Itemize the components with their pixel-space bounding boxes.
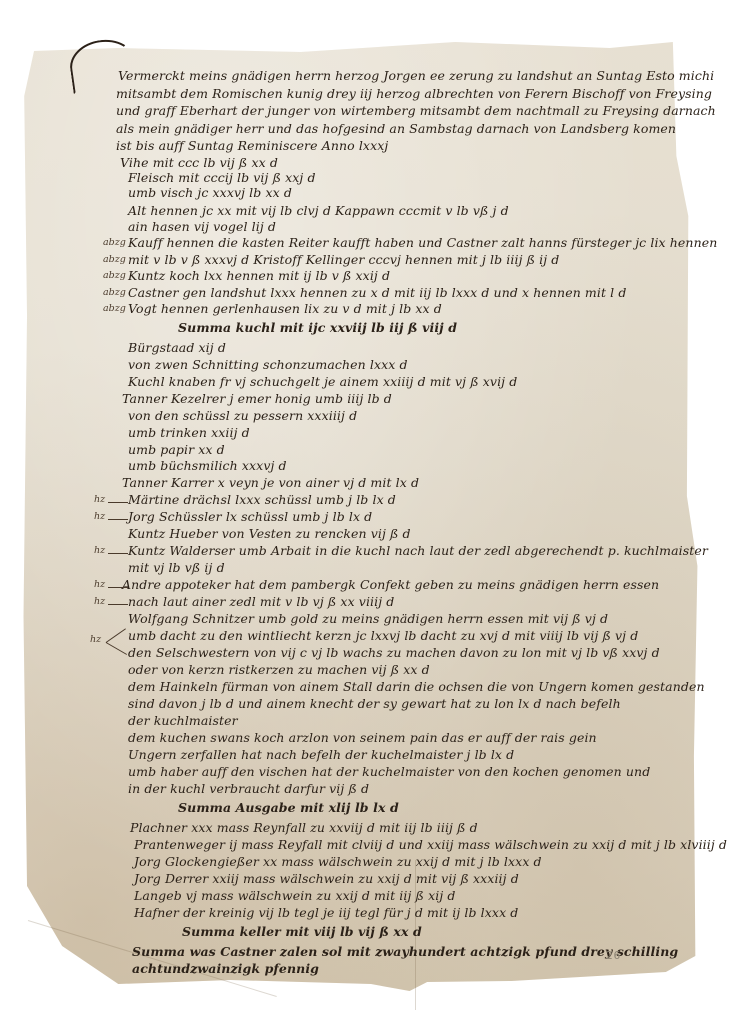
entry-line: sind davon j lb d und ainem knecht der s… xyxy=(128,696,621,712)
entry-line: Tanner Karrer x veyn je von ainer vj d m… xyxy=(122,475,419,491)
entry-line: Jorg Glockengießer xx mass wälschwein zu… xyxy=(134,854,542,870)
entry-line: Prantenweger ij mass Reyfall mit clviij … xyxy=(134,837,727,853)
sum-line: Summa Ausgabe mit xlij lb lx d xyxy=(178,800,399,816)
entry-line: Kuntz Walderser umb Arbait in die kuchl … xyxy=(128,543,708,559)
margin-note-hz: hz xyxy=(94,511,105,522)
entry-line: umb dacht zu den wintliecht kerzn jc lxx… xyxy=(128,628,638,644)
entry-line: nach laut ainer zedl mit v lb vj ß xx vi… xyxy=(128,594,394,610)
entry-line: umb visch jc xxxvj lb xx d xyxy=(128,185,292,201)
margin-note-abzg: abzg xyxy=(103,237,126,248)
entry-line: mit vj lb vß ij d xyxy=(128,560,225,576)
entry-line: umb papir xx d xyxy=(128,442,225,458)
entry-line: umb haber auff den vischen hat der kuche… xyxy=(128,764,650,780)
entry-line: Andre appoteker hat dem pambergk Confekt… xyxy=(122,577,659,593)
sum-line: Summa kuchl mit ijc xxviij lb iij ß viij… xyxy=(178,320,457,336)
entry-line: Tanner Kezelrer j emer honig umb iiij lb… xyxy=(122,391,392,407)
margin-note-hz: hz xyxy=(90,634,101,645)
manuscript-text: Vermerckt meins gnädigen herrn herzog Jo… xyxy=(0,0,738,1023)
margin-bracket-stroke xyxy=(108,519,128,520)
entry-line: Vogt hennen gerlenhausen lix zu v d mit … xyxy=(128,301,442,317)
entry-line: Ungern zerfallen hat nach befelh der kuc… xyxy=(128,747,514,763)
heading-line: mitsambt dem Romischen kunig drey iij he… xyxy=(116,86,712,102)
margin-bracket-stroke xyxy=(108,587,128,588)
margin-note-hz: hz xyxy=(94,494,105,505)
entry-line: Castner gen landshut lxxx hennen zu x d … xyxy=(128,285,626,301)
entry-line: Vihe mit ccc lb vij ß xx d xyxy=(120,155,278,171)
margin-note-abzg: abzg xyxy=(103,303,126,314)
margin-bracket-stroke xyxy=(108,604,128,605)
entry-line: oder von kerzn ristkerzen zu machen vij … xyxy=(128,662,430,678)
entry-line: Kuntz koch lxx hennen mit ij lb v ß xxij… xyxy=(128,268,390,284)
margin-note-hz: hz xyxy=(94,596,105,607)
margin-note-hz: hz xyxy=(94,579,105,590)
entry-line: Hafner der kreinig vij lb tegl je iij te… xyxy=(134,905,518,921)
heading-line: und graff Eberhart der junger von wirtem… xyxy=(116,103,716,119)
heading-line: als mein gnädiger herr und das hofgesind… xyxy=(116,121,676,137)
entry-line: umb büchsmilich xxxvj d xyxy=(128,458,287,474)
entry-line: der kuchlmaister xyxy=(128,713,238,729)
margin-note-hz: hz xyxy=(94,545,105,556)
sum-line: achtundzwainzigk pfennig xyxy=(132,961,319,977)
entry-line: Bürgstaad xij d xyxy=(128,340,226,356)
entry-line: von den schüssl zu pessern xxxiiij d xyxy=(128,408,357,424)
entry-line: Langeb vj mass wälschwein zu xxij d mit … xyxy=(134,888,455,904)
sum-line: Summa keller mit viij lb vij ß xx d xyxy=(182,924,422,940)
entry-line: Wolfgang Schnitzer umb gold zu meins gnä… xyxy=(128,611,608,627)
margin-bracket-stroke xyxy=(108,502,128,503)
entry-line: ain hasen vij vogel lij d xyxy=(128,219,276,235)
sum-line: Summa was Castner zalen sol mit zwayhund… xyxy=(132,944,678,960)
entry-line: in der kuchl verbraucht darfur vij ß d xyxy=(128,781,369,797)
entry-line: Jorg Derrer xxiij mass wälschwein zu xxi… xyxy=(134,871,519,887)
entry-line: mit v lb v ß xxxvj d Kristoff Kellinger … xyxy=(128,252,559,268)
entry-line: Kuntz Hueber von Vesten zu rencken vij ß… xyxy=(128,526,411,542)
margin-note-abzg: abzg xyxy=(103,254,126,265)
entry-line: Alt hennen jc xx mit vij lb clvj d Kappa… xyxy=(128,203,509,219)
entry-line: dem Hainkeln fürman von ainem Stall dari… xyxy=(128,679,705,695)
entry-line: dem kuchen swans koch arzlon von seinem … xyxy=(128,730,597,746)
entry-line: Fleisch mit cccij lb vij ß xxj d xyxy=(128,170,316,186)
heading-line: Vermerckt meins gnädigen herrn herzog Jo… xyxy=(118,68,714,84)
margin-bracket-stroke xyxy=(108,553,128,554)
entry-line: Plachner xxx mass Reynfall zu xxviij d m… xyxy=(130,820,478,836)
folio-number-stamp: 26 xyxy=(606,949,621,962)
margin-note-abzg: abzg xyxy=(103,287,126,298)
entry-line: Jorg Schüssler lx schüssl umb j lb lx d xyxy=(128,509,372,525)
entry-line: Märtine drächsl lxxx schüssl umb j lb lx… xyxy=(128,492,396,508)
entry-line: Kuchl knaben fr vj schuchgelt je ainem x… xyxy=(128,374,517,390)
heading-line: ist bis auff Suntag Reminiscere Anno lxx… xyxy=(116,138,388,154)
entry-line: den Selschwestern von vij c vj lb wachs … xyxy=(128,645,660,661)
entry-line: von zwen Schnitting schonzumachen lxxx d xyxy=(128,357,408,373)
margin-note-abzg: abzg xyxy=(103,270,126,281)
entry-line: Kauff hennen die kasten Reiter kaufft ha… xyxy=(128,235,717,251)
entry-line: umb trinken xxiij d xyxy=(128,425,250,441)
